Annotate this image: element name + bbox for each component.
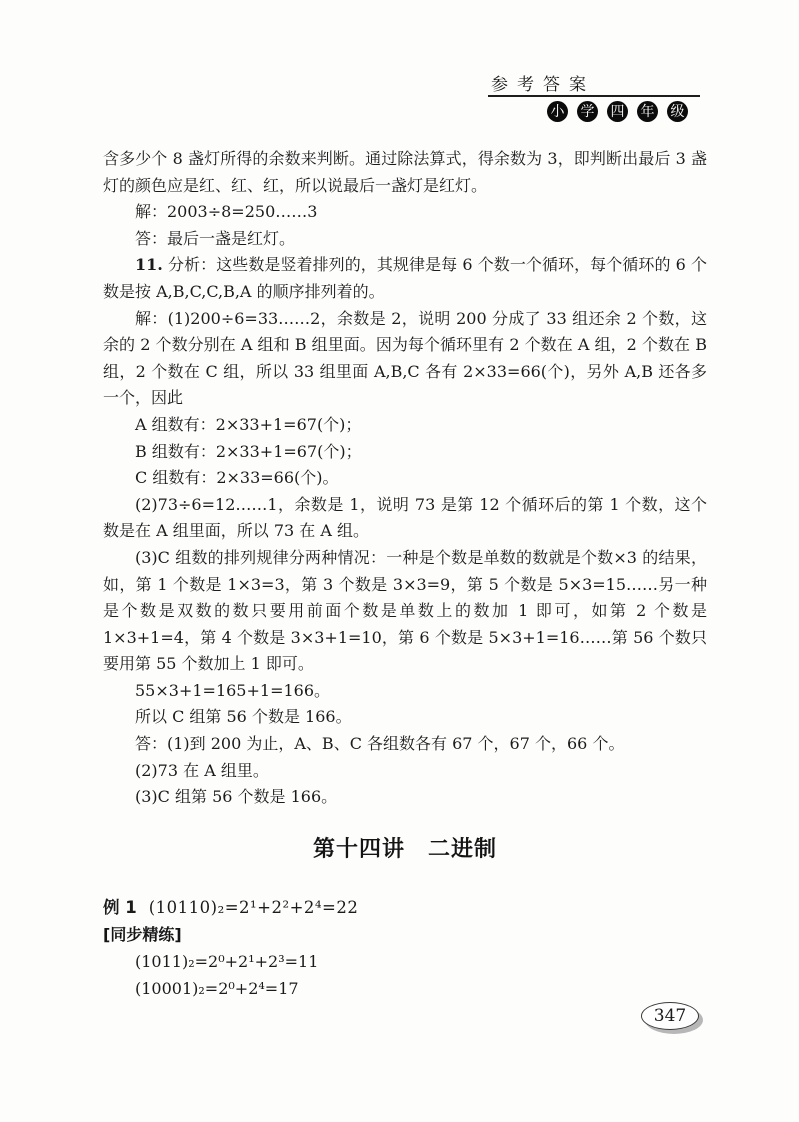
group-a-count-line: A 组数有：2×33+1=67(个)； — [103, 412, 707, 439]
solution-part2-paragraph: (2)73÷6=12……1，余数是 1，说明 73 是第 12 个循环后的第 1… — [103, 492, 707, 545]
running-head: 参考答案 小 学 四 年 级 — [0, 0, 799, 135]
practice-formula-1: (1011)₂=2⁰+2¹+2³=11 — [103, 948, 707, 975]
answer-body: 含多少个 8 盏灯所得的余数来判断。通过除法算式，得余数为 3，即判断出最后 3… — [103, 146, 707, 1002]
practice-formula-2: (10001)₂=2⁰+2⁴=17 — [103, 975, 707, 1002]
grade-badge-char: 年 — [637, 101, 658, 122]
example-1-formula: (10110)₂=2¹+2²+2⁴=22 — [149, 898, 359, 917]
solution-part3-paragraph: (3)C 组数的排列规律分两种情况：一种是个数是单数的数就是个数×3 的结果，如… — [103, 545, 707, 678]
answer-paragraph-continuation: 含多少个 8 盏灯所得的余数来判断。通过除法算式，得余数为 3，即判断出最后 3… — [103, 146, 707, 199]
grade-badge: 小 学 四 年 级 — [547, 101, 688, 122]
calculation-line: 55×3+1=165+1=166。 — [103, 678, 707, 705]
answer-item-11: 11. 分析：这些数是竖着排列的，其规律是每 6 个数一个循环，每个循环的 6 … — [103, 252, 707, 305]
final-answer-line-3: (3)C 组第 56 个数是 166。 — [103, 784, 707, 811]
solution-line: 解：2003÷8=250……3 — [103, 199, 707, 226]
group-c-count-line: C 组数有：2×33=66(个)。 — [103, 465, 707, 492]
item-number: 11. — [135, 255, 163, 274]
conclusion-line: 所以 C 组第 56 个数是 166。 — [103, 704, 707, 731]
header-rule — [488, 95, 700, 97]
sync-practice-label: [同步精练] — [103, 921, 707, 948]
answer-line: 答：最后一盏是红灯。 — [103, 226, 707, 253]
item-analysis-text: 分析：这些数是竖着排列的，其规律是每 6 个数一个循环，每个循环的 6 个数是按… — [103, 255, 707, 301]
grade-badge-char: 小 — [547, 101, 568, 122]
solution-paragraph: 解：(1)200÷6=33……2，余数是 2，说明 200 分成了 33 组还余… — [103, 306, 707, 412]
final-answer-line-1: 答：(1)到 200 为止，A、B、C 各组数各有 67 个，67 个，66 个… — [103, 731, 707, 758]
grade-badge-char: 学 — [577, 101, 598, 122]
page-header-title: 参考答案 — [491, 70, 595, 95]
scanned-answer-page: 参考答案 小 学 四 年 级 含多少个 8 盏灯所得的余数来判断。通过除法算式，… — [0, 0, 799, 1122]
grade-badge-char: 级 — [667, 101, 688, 122]
grade-badge-char: 四 — [607, 101, 628, 122]
page-number-badge: 347 — [641, 1002, 699, 1030]
group-b-count-line: B 组数有：2×33+1=67(个)； — [103, 439, 707, 466]
section-title: 第十四讲 二进制 — [103, 835, 707, 865]
example-1-row: 例 1(10110)₂=2¹+2²+2⁴=22 — [103, 894, 707, 921]
final-answer-line-2: (2)73 在 A 组里。 — [103, 758, 707, 785]
example-1-label: 例 1 — [103, 898, 137, 917]
